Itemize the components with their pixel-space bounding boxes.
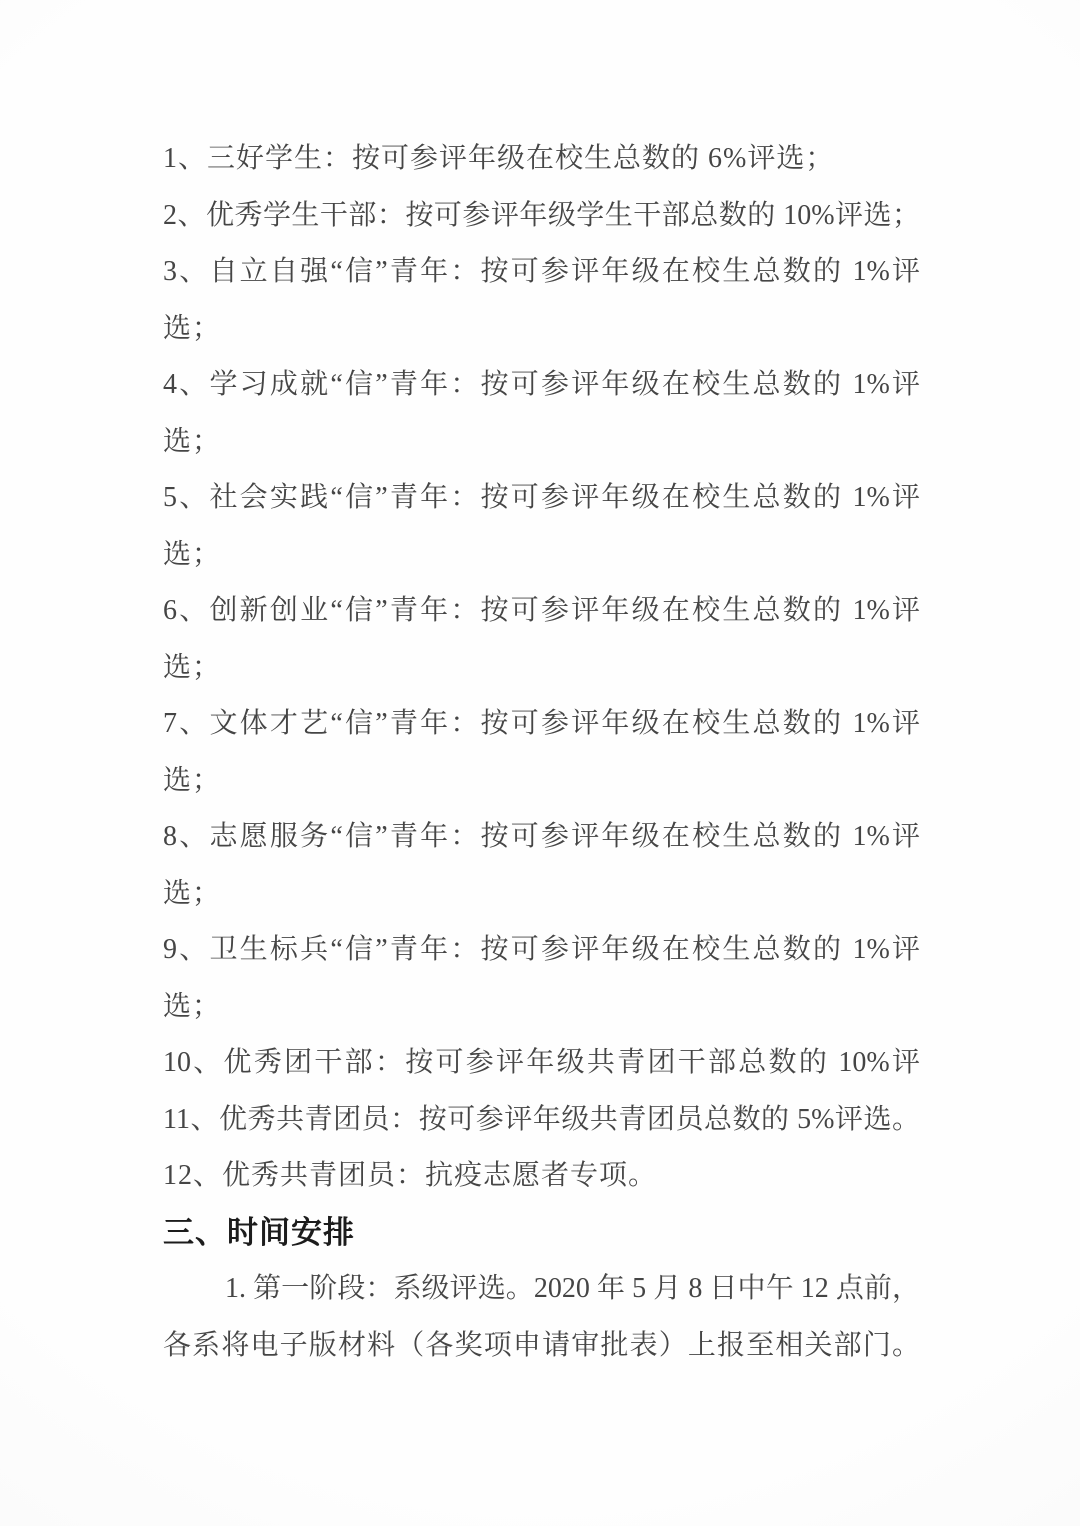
list-item-5-line-2: 选；	[163, 527, 920, 584]
list-item-7: 7、文体才艺“信”青年：按可参评年级在校生总数的 1%评 选；	[163, 696, 920, 809]
document-text-block: 1、三好学生：按可参评年级在校生总数的 6%评选； 2、优秀学生干部：按可参评年…	[163, 131, 920, 1374]
list-item-5: 5、社会实践“信”青年：按可参评年级在校生总数的 1%评 选；	[163, 470, 920, 583]
list-item-4-line-2: 选；	[163, 414, 920, 471]
list-item-8-line-1: 8、志愿服务“信”青年：按可参评年级在校生总数的 1%评	[163, 809, 920, 866]
paragraph-stage-one: 1. 第一阶段：系级评选。2020 年 5 月 8 日中午 12 点前， 各系将…	[163, 1261, 920, 1374]
list-item-3-line-1: 3、自立自强“信”青年：按可参评年级在校生总数的 1%评	[163, 244, 920, 301]
paragraph-line-2: 各系将电子版材料（各奖项申请审批表）上报至相关部门。	[163, 1318, 920, 1375]
paragraph-line-1: 1. 第一阶段：系级评选。2020 年 5 月 8 日中午 12 点前，	[163, 1261, 920, 1318]
list-item-10: 10、优秀团干部：按可参评年级共青团干部总数的 10%评选；	[163, 1035, 920, 1092]
list-item-2: 2、优秀学生干部：按可参评年级学生干部总数的 10%评选；	[163, 188, 920, 245]
section-heading-time-arrangement: 三、时间安排	[163, 1205, 920, 1262]
list-item-12-line-1: 12、优秀共青团员：抗疫志愿者专项。	[163, 1148, 920, 1205]
list-item-1-line-1: 1、三好学生：按可参评年级在校生总数的 6%评选；	[163, 131, 920, 188]
list-item-3-line-2: 选；	[163, 301, 920, 358]
list-item-12: 12、优秀共青团员：抗疫志愿者专项。	[163, 1148, 920, 1205]
list-item-9-line-2: 选；	[163, 979, 920, 1036]
list-item-6-line-2: 选；	[163, 640, 920, 697]
list-item-4: 4、学习成就“信”青年：按可参评年级在校生总数的 1%评 选；	[163, 357, 920, 470]
list-item-4-line-1: 4、学习成就“信”青年：按可参评年级在校生总数的 1%评	[163, 357, 920, 414]
list-item-11-line-1: 11、优秀共青团员：按可参评年级共青团员总数的 5%评选。	[163, 1092, 920, 1149]
document-page: 1、三好学生：按可参评年级在校生总数的 6%评选； 2、优秀学生干部：按可参评年…	[0, 0, 1080, 1526]
list-item-10-line-1: 10、优秀团干部：按可参评年级共青团干部总数的 10%评选；	[163, 1035, 920, 1092]
list-item-11: 11、优秀共青团员：按可参评年级共青团员总数的 5%评选。	[163, 1092, 920, 1149]
list-item-7-line-2: 选；	[163, 753, 920, 810]
list-item-8-line-2: 选；	[163, 866, 920, 923]
list-item-2-line-1: 2、优秀学生干部：按可参评年级学生干部总数的 10%评选；	[163, 188, 920, 245]
list-item-6: 6、创新创业“信”青年：按可参评年级在校生总数的 1%评 选；	[163, 583, 920, 696]
list-item-9: 9、卫生标兵“信”青年：按可参评年级在校生总数的 1%评 选；	[163, 922, 920, 1035]
list-item-6-line-1: 6、创新创业“信”青年：按可参评年级在校生总数的 1%评	[163, 583, 920, 640]
list-item-3: 3、自立自强“信”青年：按可参评年级在校生总数的 1%评 选；	[163, 244, 920, 357]
list-item-9-line-1: 9、卫生标兵“信”青年：按可参评年级在校生总数的 1%评	[163, 922, 920, 979]
list-item-5-line-1: 5、社会实践“信”青年：按可参评年级在校生总数的 1%评	[163, 470, 920, 527]
list-item-1: 1、三好学生：按可参评年级在校生总数的 6%评选；	[163, 131, 920, 188]
list-item-8: 8、志愿服务“信”青年：按可参评年级在校生总数的 1%评 选；	[163, 809, 920, 922]
list-item-7-line-1: 7、文体才艺“信”青年：按可参评年级在校生总数的 1%评	[163, 696, 920, 753]
